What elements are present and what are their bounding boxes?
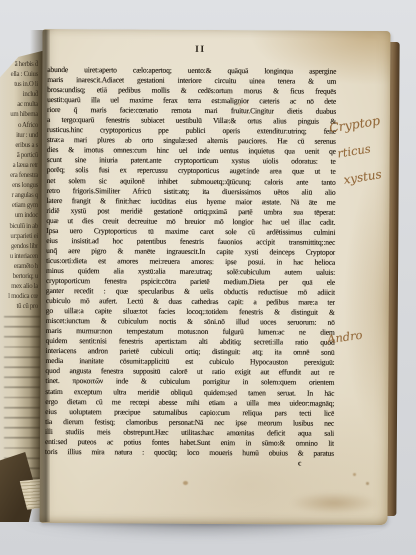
- recto-page: II abunde uiret:aperto cælo:apertoq; uen…: [39, 29, 390, 525]
- foxing-spot: [366, 482, 369, 485]
- marginal-note-cryptoporticus-xystus: Cryptoprticusxystus: [327, 102, 416, 195]
- bottom-stain: [290, 492, 378, 514]
- signature-mark: c: [298, 459, 302, 468]
- text-line: toris illius mira natura : quocūq; loco …: [45, 447, 334, 459]
- page-number: II: [188, 45, 212, 55]
- foxing-spot: [300, 262, 303, 264]
- foxing-spot: [183, 481, 188, 485]
- book-photo: ā herbis d̄ella : Cuiustus in.O liinclud…: [0, 0, 416, 555]
- page-text-block: abunde uiret:aperto cælo:apertoq; uento:…: [45, 65, 336, 459]
- foxing-spot: [238, 103, 241, 106]
- foxing-spot: [353, 473, 356, 476]
